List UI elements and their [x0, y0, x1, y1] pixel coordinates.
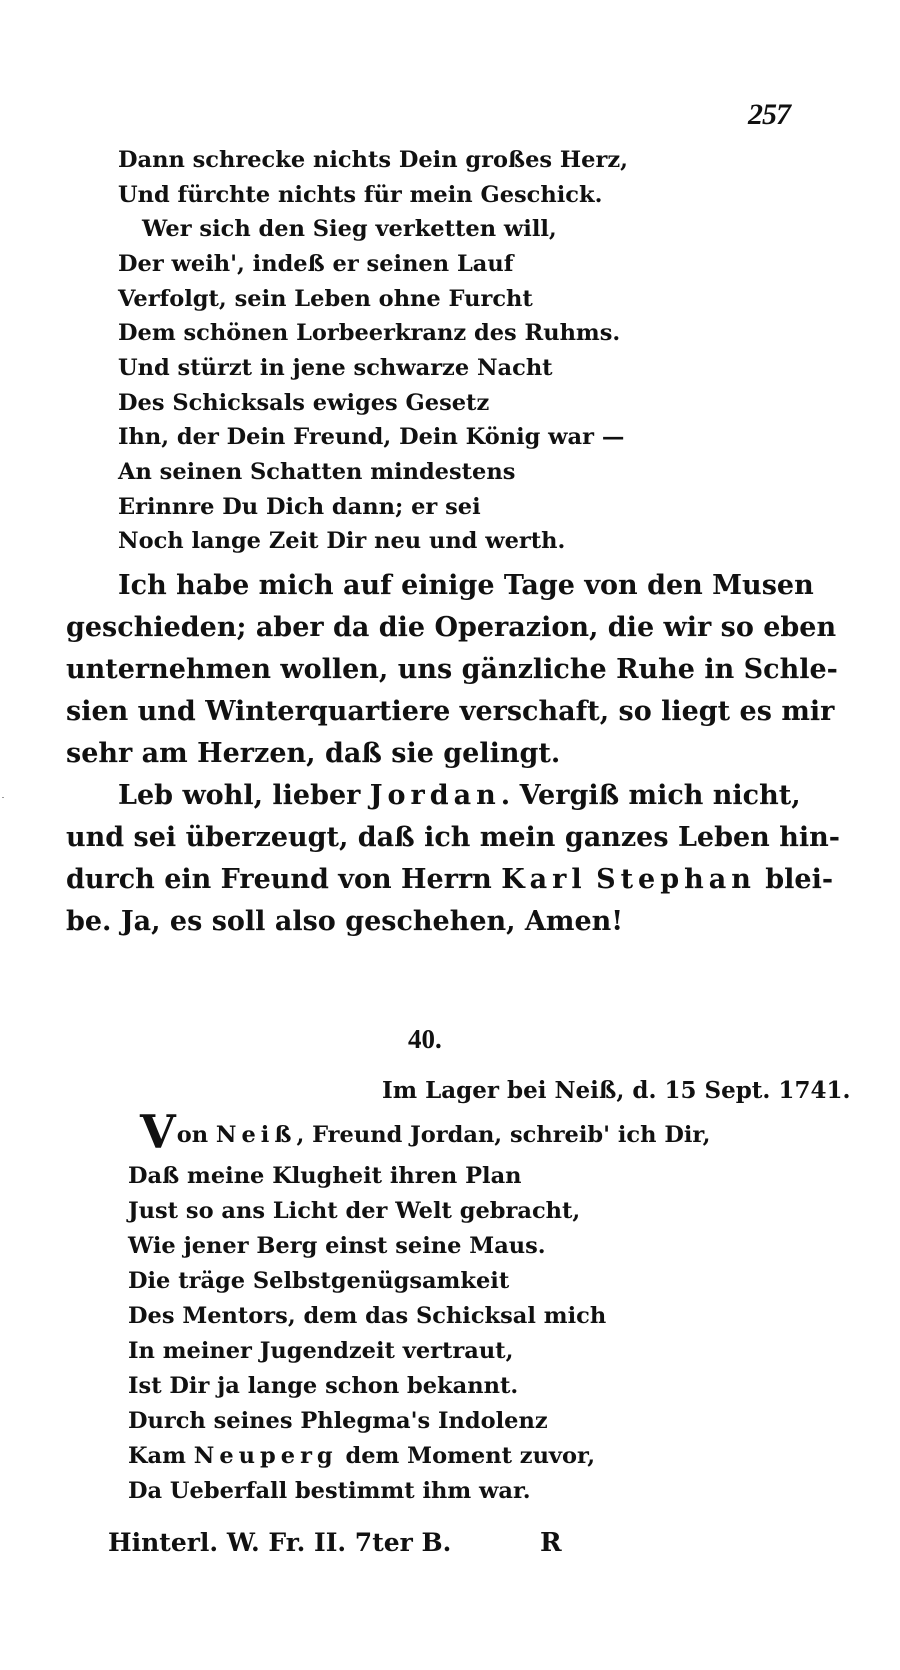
prose-line: und sei überzeugt, daß ich mein ganzes L… — [66, 818, 840, 858]
name-stephan: Stephan — [596, 864, 756, 895]
verse-line: Dem schönen Lorbeerkranz des Ruhms. — [118, 315, 620, 351]
text: Leb wohl, lieber — [118, 780, 370, 811]
letter-number: 40. — [408, 1024, 442, 1055]
verse-line: In meiner Jugendzeit vertraut, — [128, 1333, 513, 1369]
verse-line: Und stürzt in jene schwarze Nacht — [118, 350, 553, 386]
text: blei- — [756, 864, 833, 895]
name-neuperg: Neuperg — [194, 1443, 338, 1469]
prose-line: sien und Winterquartiere verschaft, so l… — [66, 692, 834, 732]
verse-line: Der weih', indeß er seinen Lauf — [118, 246, 513, 282]
verse-line: Erinnre Du Dich dann; er sei — [118, 489, 481, 525]
verse-line: Dann schrecke nichts Dein großes Herz, — [118, 142, 628, 178]
page-number: 257 — [748, 98, 790, 132]
prose-line: geschieden; aber da die Operazion, die w… — [66, 608, 836, 648]
signature-mark: R — [540, 1528, 562, 1558]
verse-line: Des Schicksals ewiges Gesetz — [118, 385, 489, 421]
printer-signature: Hinterl. W. Fr. II. 7ter B. — [108, 1528, 451, 1557]
scan-speck — [2, 797, 4, 798]
verse-line: Noch lange Zeit Dir neu und werth. — [118, 523, 565, 559]
verse-line: Die träge Selbstgenügsamkeit — [128, 1263, 509, 1299]
verse-line: Durch seines Phlegma's Indolenz — [128, 1403, 548, 1439]
verse-line: Verfolgt, sein Leben ohne Furcht — [118, 281, 533, 317]
verse-line: Kam Neuperg dem Moment zuvor, — [128, 1438, 595, 1474]
prose-line: unternehmen wollen, uns gänzliche Ruhe i… — [66, 650, 838, 690]
book-page: 257 Dann schrecke nichts Dein großes Her… — [0, 0, 900, 1670]
text: . Vergiß mich nicht, — [501, 780, 801, 811]
verse-line: Des Mentors, dem das Schicksal mich — [128, 1298, 606, 1334]
prose-line: durch ein Freund von Herrn Karl Stephan … — [66, 860, 833, 900]
verse-line: An seinen Schatten mindestens — [118, 454, 515, 490]
text: dem Moment zuvor, — [338, 1443, 595, 1469]
verse-line: Und fürchte nichts für mein Geschick. — [118, 177, 602, 213]
letter-dateline: Im Lager bei Neiß, d. 15 Sept. 1741. — [382, 1077, 850, 1104]
verse-line: Just so ans Licht der Welt gebracht, — [128, 1193, 580, 1229]
drop-cap: V — [140, 1105, 176, 1159]
verse-line: Ihn, der Dein Freund, Dein König war — — [118, 419, 624, 455]
text: , Freund Jordan, schreib' ich Dir, — [296, 1122, 710, 1148]
verse-line: Da Ueberfall bestimmt ihm war. — [128, 1473, 531, 1509]
text: Kam — [128, 1443, 194, 1469]
name-jordan: Jordan — [370, 780, 501, 811]
verse-line: Daß meine Klugheit ihren Plan — [128, 1158, 522, 1194]
text: durch ein Freund von Herrn — [66, 864, 501, 895]
verse-line: Ist Dir ja lange schon bekannt. — [128, 1368, 518, 1404]
verse-line: Wer sich den Sieg verketten will, — [142, 211, 557, 247]
prose-line: Leb wohl, lieber Jordan. Vergiß mich nic… — [118, 776, 801, 816]
prose-line: sehr am Herzen, daß sie gelingt. — [66, 734, 560, 774]
text — [587, 864, 596, 895]
name-karl: Karl — [501, 864, 586, 895]
name-neiss: Neiß — [216, 1122, 297, 1148]
verse-line: Wie jener Berg einst seine Maus. — [128, 1228, 546, 1264]
text: on — [177, 1122, 216, 1148]
verse-line-first: Von Neiß, Freund Jordan, schreib' ich Di… — [140, 1112, 710, 1153]
prose-line: be. Ja, es soll also geschehen, Amen! — [66, 902, 623, 942]
prose-line: Ich habe mich auf einige Tage von den Mu… — [118, 566, 814, 606]
